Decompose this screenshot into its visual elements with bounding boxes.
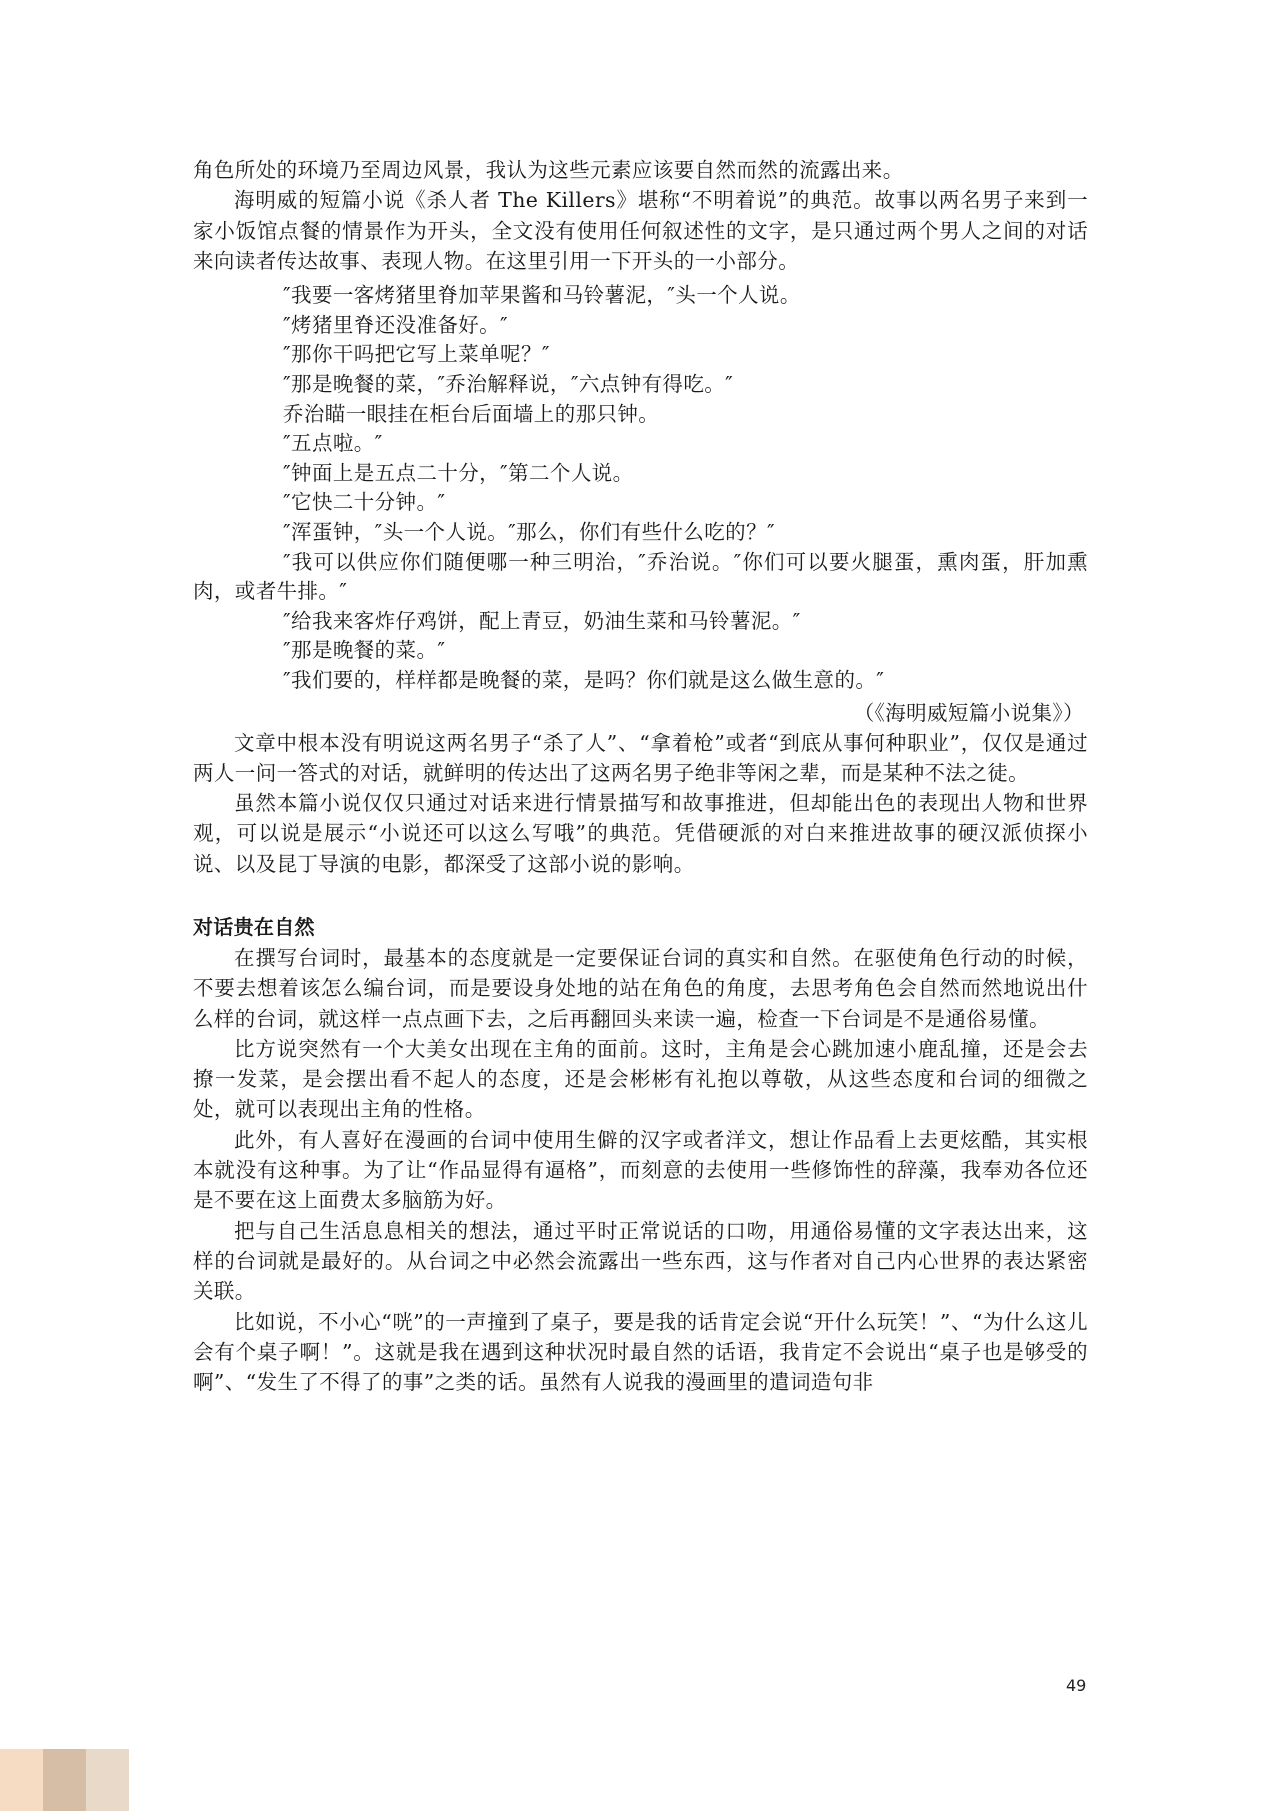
analysis-paragraph: 虽然本篇小说仅仅只通过对话来进行情景描写和故事推进，但却能出色的表现出人物和世界… — [193, 788, 1088, 879]
excerpt-line: ″浑蛋钟，″头一个人说。″那么，你们有些什么吃的？″ — [193, 518, 1088, 548]
excerpt-line: ″我可以供应你们随便哪一种三明治，″乔治说。″你们可以要火腿蛋，熏肉蛋，肝加熏肉… — [193, 548, 1088, 607]
excerpt-citation: （《海明威短篇小说集》） — [193, 698, 1088, 728]
excerpt-line: ″那你干吗把它写上菜单呢？″ — [193, 340, 1088, 370]
intro-paragraph: 海明威的短篇小说《杀人者 The Killers》堪称“不明着说”的典范。故事以… — [193, 185, 1088, 276]
section-paragraph: 把与自己生活息息相关的想法，通过平时正常说话的口吻，用通俗易懂的文字表达出来，这… — [193, 1216, 1088, 1307]
section-paragraph: 比方说突然有一个大美女出现在主角的面前。这时，主角是会心跳加速小鹿乱撞，还是会去… — [193, 1034, 1088, 1125]
excerpt-line: ″那是晚餐的菜，″乔治解释说，″六点钟有得吃。″ — [193, 370, 1088, 400]
excerpt-line: ″烤猪里脊还没准备好。″ — [193, 311, 1088, 341]
page-number: 49 — [1066, 1676, 1086, 1695]
excerpt-line: ″给我来客炸仔鸡饼，配上青豆，奶油生菜和马铃薯泥。″ — [193, 607, 1088, 637]
section-paragraph: 比如说，不小心“咣”的一声撞到了桌子，要是我的话肯定会说“开什么玩笑！”、“为什… — [193, 1307, 1088, 1398]
section-heading: 对话贵在自然 — [193, 911, 1088, 943]
killers-excerpt: ″我要一客烤猪里脊加苹果酱和马铃薯泥，″头一个人说。 ″烤猪里脊还没准备好。″ … — [193, 281, 1088, 727]
corner-block-3 — [86, 1749, 129, 1811]
page-body: 角色所处的环境乃至周边风景，我认为这些元素应该要自然而然的流露出来。 海明威的短… — [193, 155, 1088, 1397]
section-paragraph: 此外，有人喜好在漫画的台词中使用生僻的汉字或者洋文，想让作品看上去更炫酷，其实根… — [193, 1125, 1088, 1216]
excerpt-line: ″钟面上是五点二十分，″第二个人说。 — [193, 459, 1088, 489]
excerpt-line: ″我们要的，样样都是晚餐的菜，是吗？你们就是这么做生意的。″ — [193, 666, 1088, 696]
analysis-paragraph: 文章中根本没有明说这两名男子“杀了人”、“拿着枪”或者“到底从事何种职业”，仅仅… — [193, 728, 1088, 789]
intro-paragraph-continuation: 角色所处的环境乃至周边风景，我认为这些元素应该要自然而然的流露出来。 — [193, 155, 1088, 185]
excerpt-line: ″五点啦。″ — [193, 429, 1088, 459]
excerpt-line: ″它快二十分钟。″ — [193, 488, 1088, 518]
corner-decoration — [0, 1749, 129, 1811]
section-paragraph: 在撰写台词时，最基本的态度就是一定要保证台词的真实和自然。在驱使角色行动的时候，… — [193, 943, 1088, 1034]
corner-block-2 — [43, 1749, 86, 1811]
excerpt-line: 乔治瞄一眼挂在柜台后面墙上的那只钟。 — [193, 400, 1088, 430]
excerpt-line: ″那是晚餐的菜。″ — [193, 636, 1088, 666]
excerpt-line: ″我要一客烤猪里脊加苹果酱和马铃薯泥，″头一个人说。 — [193, 281, 1088, 311]
corner-block-1 — [0, 1749, 43, 1811]
